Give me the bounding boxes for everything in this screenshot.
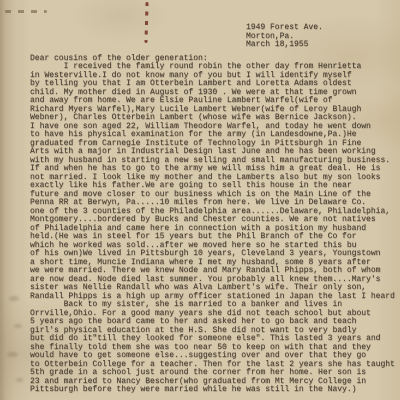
edge-smudge <box>14 324 22 328</box>
edge-smudge <box>9 296 19 301</box>
edge-smudge <box>7 352 18 357</box>
letter-body: I received the family round robin the ot… <box>30 63 395 395</box>
letter-paper: 1949 Forest Ave. Morton,Pa. March 18,195… <box>0 0 400 400</box>
return-address: 1949 Forest Ave. Morton,Pa. March 18,195… <box>246 24 323 50</box>
pencil-dash-mark <box>5 10 47 13</box>
edge-smudge <box>16 378 23 382</box>
fold-stain-mark <box>144 2 148 43</box>
